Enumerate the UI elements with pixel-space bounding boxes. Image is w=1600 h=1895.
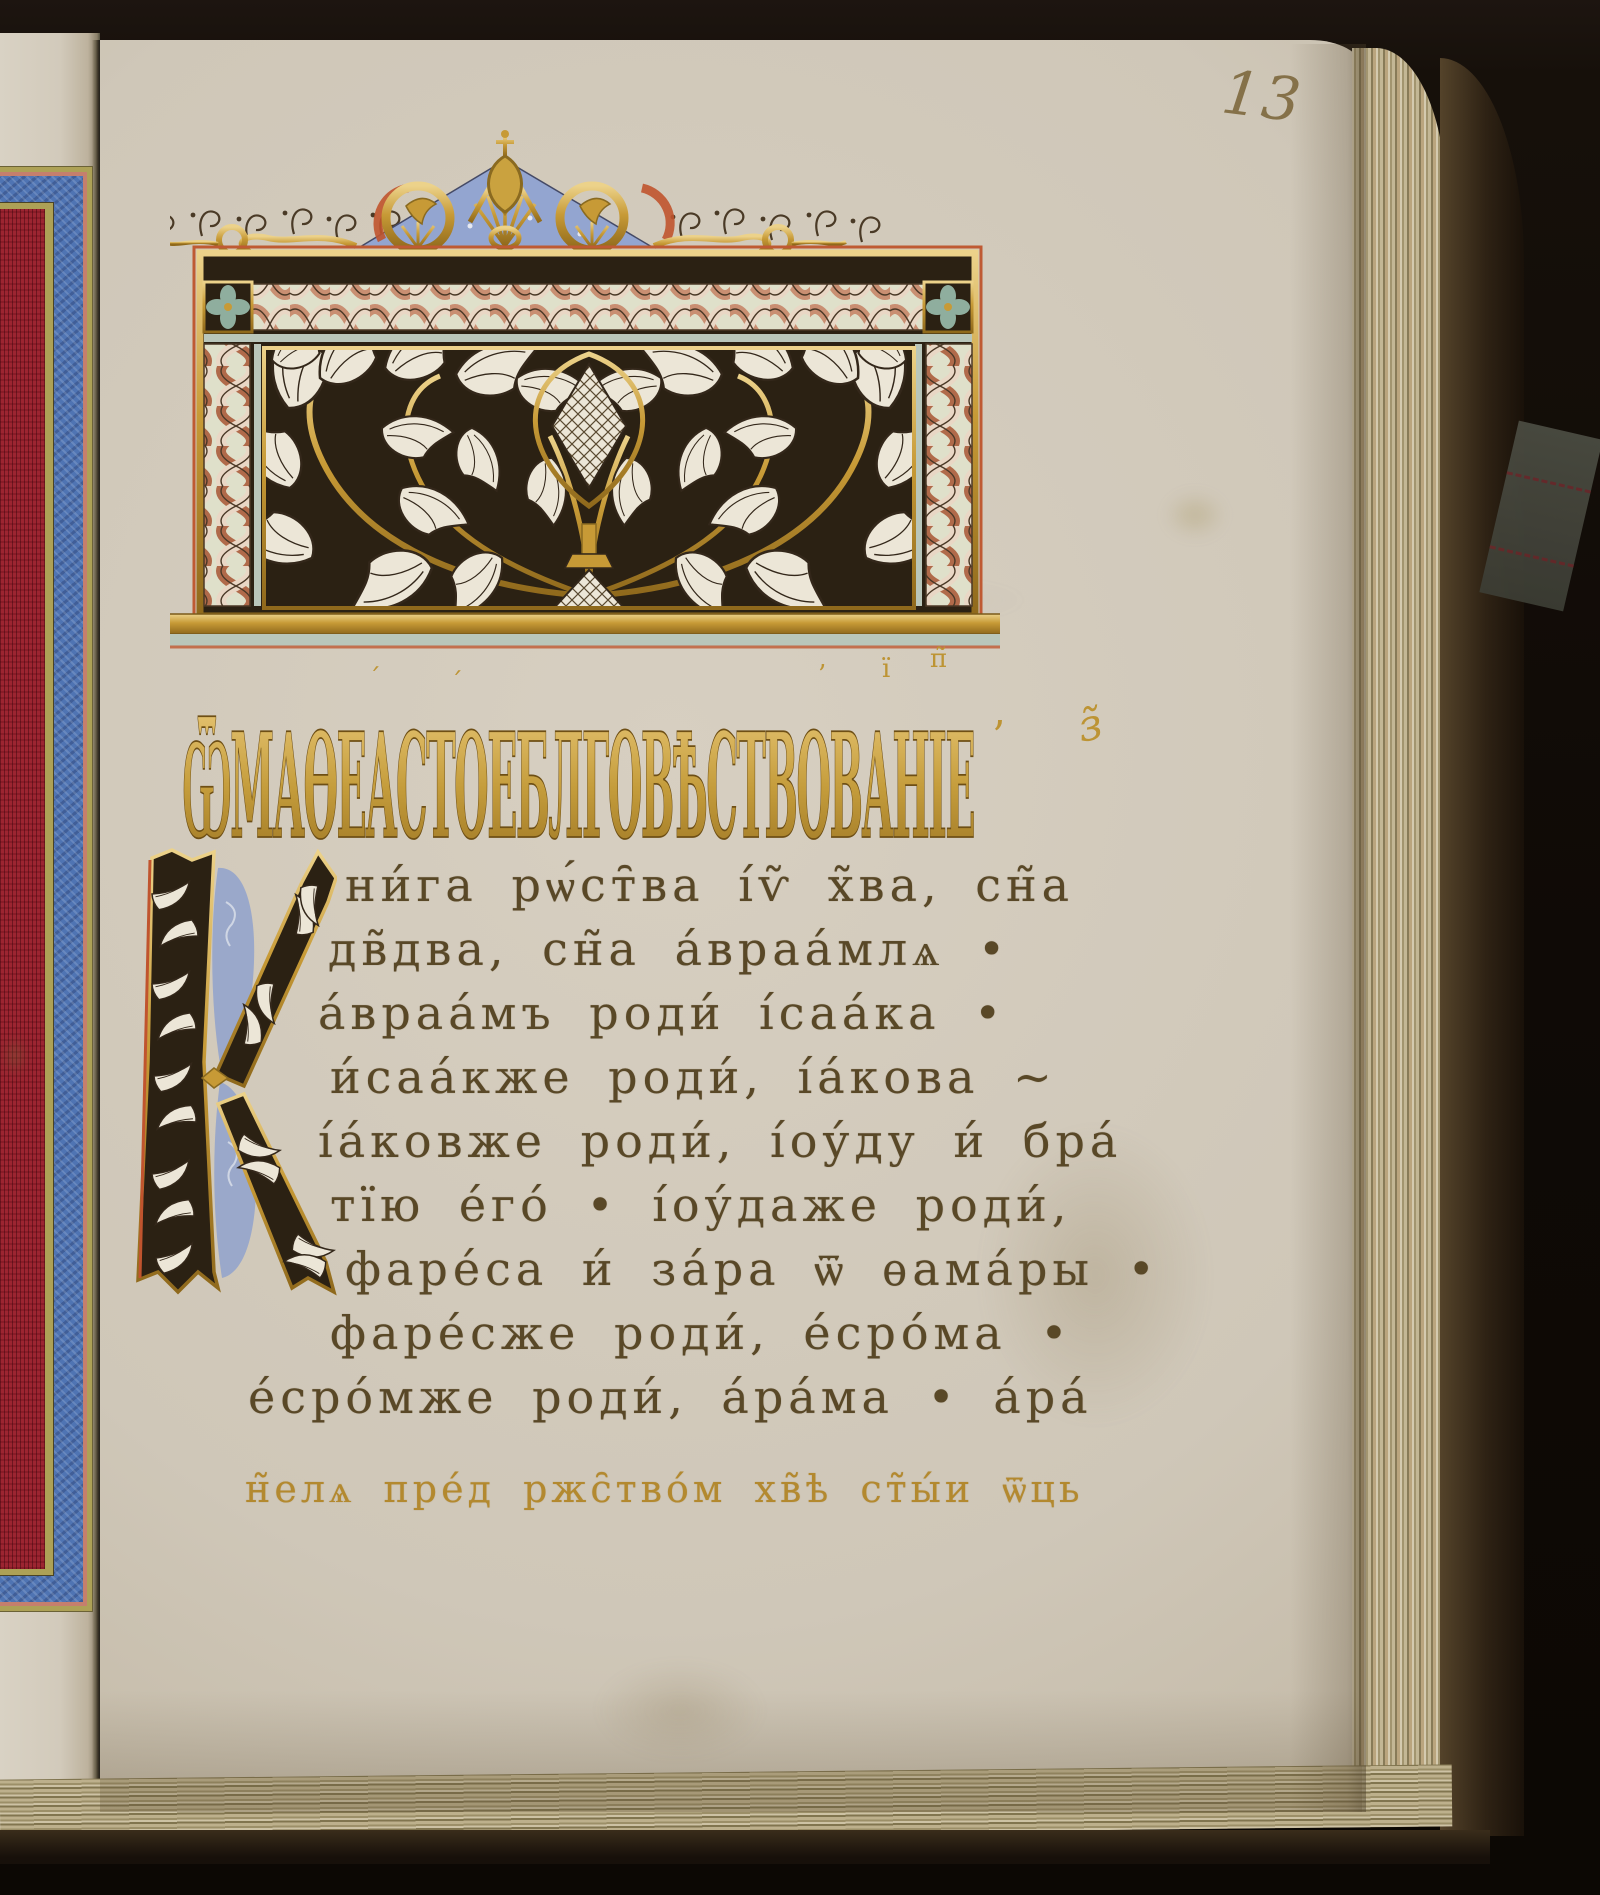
headpiece-ornament <box>170 126 1000 656</box>
guilloche-band-top <box>252 284 924 330</box>
crest-cross-icon <box>496 136 514 156</box>
initial-k <box>122 842 337 1307</box>
headpiece-crest <box>170 130 879 253</box>
manuscript-photo: 13 <box>0 0 1600 1895</box>
title-superscript: п̃ <box>930 644 947 674</box>
braid-column-left <box>204 344 250 606</box>
folio-number: 13 <box>1218 57 1306 136</box>
text-line: і́а́ковже роди́, і́оу́ду и́ бра́ <box>318 1118 1122 1164</box>
parchment-stain <box>2 1030 28 1082</box>
stitch-line <box>1489 545 1573 567</box>
title-superscript: ´ <box>368 664 381 694</box>
text-line: фаре́са и́ за́ра ѿ ѳама́ры • <box>345 1246 1160 1292</box>
title-vyaz: ѾМАѲЕАСТОЕБЛГОВѢСТВОВАНІЕ <box>178 692 988 862</box>
textile-panel <box>0 209 45 1569</box>
frame-pink-line <box>0 172 87 1606</box>
headpiece-plinth <box>170 614 1000 647</box>
bottom-edge-binding <box>0 1830 1490 1864</box>
parchment-stain <box>560 1640 800 1780</box>
frame-blue-band <box>0 176 83 1602</box>
braid-column-right <box>926 344 972 606</box>
text-line: и́саа́кже роди́, і́а́кова ~ <box>330 1054 1057 1100</box>
facing-page-edge <box>0 33 100 1857</box>
text-line: фаре́сже роди́, е́сро́ма • <box>330 1310 1072 1356</box>
title-text: ѾМАѲЕАСТОЕБЛГОВѢСТВОВАНІЕ <box>182 702 974 862</box>
title-superscript: ’ <box>818 660 826 690</box>
page-shading <box>1290 44 1366 1812</box>
text-line: ни́га рѡ́ст̑ва і́ѵ̃ х̃ва, сн̃а <box>345 862 1074 908</box>
parchment-stain <box>1150 480 1240 550</box>
frame-olive-line <box>0 203 53 1575</box>
title-superscript: ´ <box>450 668 463 698</box>
rubric-line: н̃елѧ пре́д ржс̑тво́м хв̃ѣ ст̃ы́и ѿць <box>245 1470 1084 1508</box>
text-line: дв̃два, сн̃а а́враа́млѧ • <box>328 926 1010 972</box>
text-line: е́сро́мже роди́, а́ра́ма • а́ра́ <box>248 1374 1093 1420</box>
text-line: тїю е́го́ • і́оу́даже роди́, <box>330 1182 1071 1228</box>
fore-edge-stack <box>1352 48 1446 1826</box>
fore-edge-binding <box>1440 58 1524 1836</box>
stitch-line <box>1507 471 1591 493</box>
title-end-mark: ’ <box>992 712 1005 761</box>
text-line: а́враа́мъ роди́ і́саа́ка • <box>318 990 1006 1036</box>
facing-page-frame <box>0 167 92 1611</box>
title-superscript: ї <box>882 654 890 684</box>
